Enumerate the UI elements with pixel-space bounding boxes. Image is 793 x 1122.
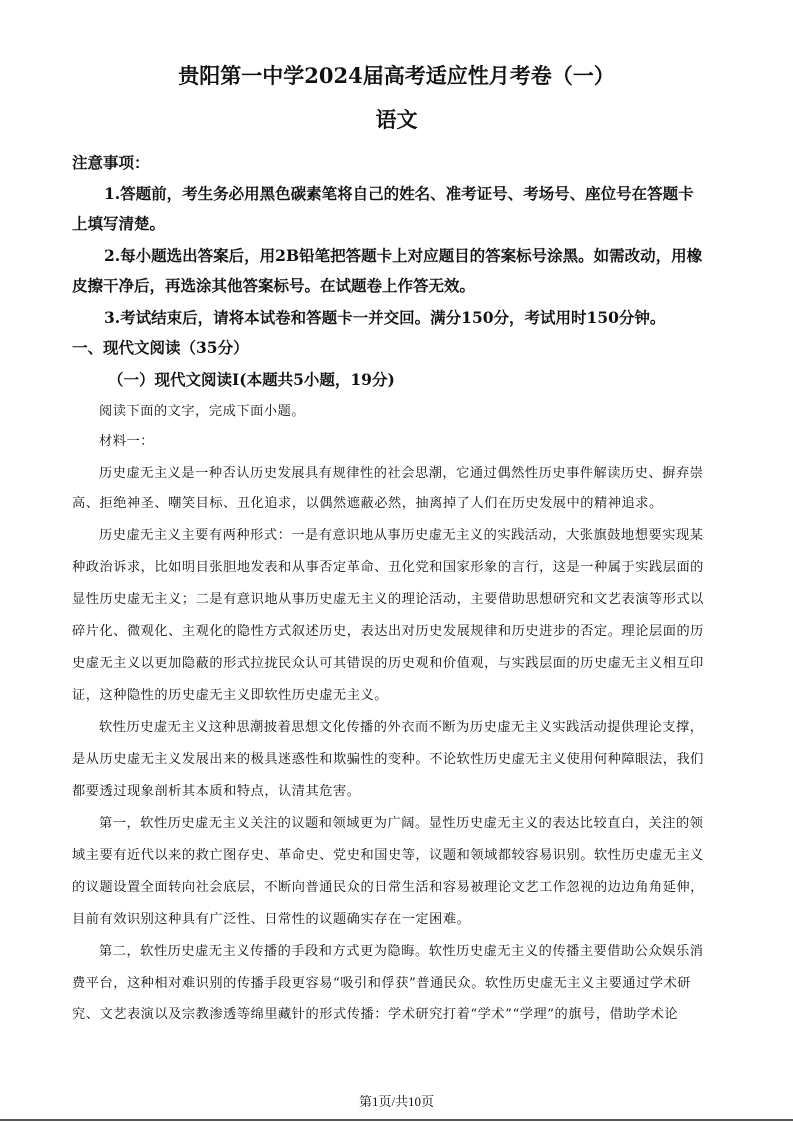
- notice-line-1: 1.答题前，考生务必用黑色碳素笔将自己的姓名、准考证号、考场号、座位号在答题卡: [104, 182, 754, 204]
- body-line: 目前有效识别这种具有广泛性、日常性的议题确实存在一定困难。: [72, 908, 722, 927]
- body-line: 历史虚无主义主要有两种形式：一是有意识地从事历史虚无主义的实践活动，大张旗鼓地想…: [99, 524, 749, 543]
- body-line: 费平台，这种相对难识别的传播手段更容易“吸引和俘获”普通民众。软性历史虚无主义主…: [72, 972, 722, 991]
- exam-page: 贵阳第一中学2024届高考适应性月考卷（一） 语文 注意事项： 1.答题前，考生…: [0, 0, 793, 1122]
- body-line: 的议题设置全面转向社会底层，不断向普通民众的日常生活和容易被理论文艺工作忽视的边…: [72, 876, 722, 895]
- page-number: 第1页/共10页: [0, 1091, 793, 1110]
- footer-divider: [0, 1119, 793, 1121]
- notice-line-4: 皮擦干净后，再选涂其他答案标号。在试题卷上作答无效。: [72, 274, 722, 296]
- notice-line-5: 3.考试结束后，请将本试卷和答题卡一并交回。满分150分，考试用时150分钟。: [104, 306, 754, 328]
- notice-heading: 注意事项：: [72, 151, 722, 173]
- section-subheading: （一）现代文阅读Ⅰ(本题共5小题，19分): [108, 368, 758, 390]
- body-line: 第二，软性历史虚无主义传播的手段和方式更为隐晦。软性历史虚无主义的传播主要借助公…: [99, 940, 749, 959]
- body-line: 软性历史虚无主义这种思潮披着思想文化传播的外衣而不断为历史虚无主义实践活动提供理…: [99, 716, 749, 735]
- body-line: 高、拒绝神圣、嘲笑目标、丑化追求，以偶然遮蔽必然，抽离掉了人们在历史发展中的精神…: [72, 492, 722, 511]
- notice-line-2: 上填写清楚。: [72, 212, 722, 234]
- body-line: 第一，软性历史虚无主义关注的议题和领域更为广阔。显性历史虚无主义的表达比较直白，…: [99, 812, 749, 831]
- body-line: 历史虚无主义是一种否认历史发展具有规律性的社会思潮，它通过偶然性历史事件解读历史…: [99, 462, 749, 481]
- body-line: 证，这种隐性的历史虚无主义即软性历史虚无主义。: [72, 684, 722, 703]
- instruction-text: 阅读下面的文字，完成下面小题。: [99, 400, 749, 419]
- body-line: 都要透过现象剖析其本质和特点，认清其危害。: [72, 780, 722, 799]
- body-line: 碎片化、微观化、主观化的隐性方式叙述历史，表达出对历史发展规律和历史进步的否定。…: [72, 620, 722, 639]
- body-line: 史虚无主义以更加隐蔽的形式拉拢民众认可其错误的历史观和价值观，与实践层面的历史虚…: [72, 652, 722, 671]
- body-line: 是从历史虚无主义发展出来的极具迷惑性和欺骗性的变种。不论软性历史虚无主义使用何种…: [72, 748, 722, 767]
- subject-title: 语文: [0, 104, 793, 134]
- section-heading: 一、现代文阅读（35分）: [72, 336, 722, 358]
- body-line: 种政治诉求，比如明目张胆地发表和从事否定革命、丑化党和国家形象的言行，这是一种属…: [72, 556, 722, 575]
- notice-line-3: 2.每小题选出答案后，用2B铅笔把答题卡上对应题目的答案标号涂黑。如需改动，用橡: [104, 244, 754, 266]
- body-line: 域主要有近代以来的救亡图存史、革命史、党史和国史等，议题和领域都较容易识别。软性…: [72, 844, 722, 863]
- body-line: 显性历史虚无主义；二是有意识地从事历史虚无主义的理论活动，主要借助思想研究和文艺…: [72, 588, 722, 607]
- body-line: 究、文艺表演以及宗教渗透等绵里藏针的形式传播：学术研究打着“学术”“学理”的旗号…: [72, 1003, 722, 1022]
- material-label: 材料一：: [99, 430, 749, 449]
- exam-title: 贵阳第一中学2024届高考适应性月考卷（一）: [0, 60, 793, 90]
